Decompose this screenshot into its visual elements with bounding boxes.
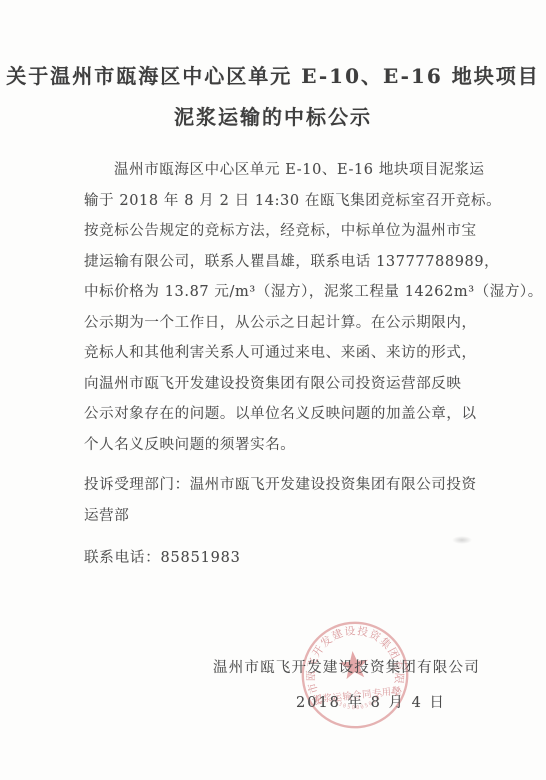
document-page: 关于温州市瓯海区中心区单元 E-10、E-16 地块项目 泥浆运输的中标公示 温… (0, 0, 546, 780)
body-line: 中标价格为 13.87 元/m³（湿方），泥浆工程量 14262m³（湿方）。 (84, 277, 476, 308)
body-line: 个人名义反映问题的须署实名。 (84, 430, 476, 461)
title-line-2: 泥浆运输的中标公示 (0, 97, 546, 138)
contact-phone: 联系电话：85851983 (84, 546, 241, 567)
body-line: 向温州市瓯飞开发建设投资集团有限公司投资运营部反映 (84, 369, 476, 400)
body-line: 公示对象存在的问题。以单位名义反映问题的加盖公章，以 (84, 399, 476, 430)
body-line: 捷运输有限公司，联系人瞿昌雄，联系电话 13777788989， (84, 247, 476, 278)
signature-date: 2018 年 8 月 4 日 (296, 691, 446, 712)
announcement-body: 温州市瓯海区中心区单元 E-10、E-16 地块项目泥浆运 输于 2018 年 … (84, 155, 476, 460)
complaint-line-1: 投诉受理部门：温州市瓯飞开发建设投资集团有限公司投资 (84, 470, 476, 501)
scan-artifact (452, 536, 472, 544)
body-line: 温州市瓯海区中心区单元 E-10、E-16 地块项目泥浆运 (84, 155, 476, 186)
title-line-1: 关于温州市瓯海区中心区单元 E-10、E-16 地块项目 (0, 56, 546, 97)
complaint-line-2: 运营部 (84, 501, 476, 532)
body-line: 输于 2018 年 8 月 2 日 14:30 在瓯飞集团竞标室召开竞标。 (84, 186, 476, 217)
body-line: 公示期为一个工作日，从公示之日起计算。在公示期限内， (84, 308, 476, 339)
document-title: 关于温州市瓯海区中心区单元 E-10、E-16 地块项目 泥浆运输的中标公示 (0, 56, 546, 138)
complaint-department: 投诉受理部门：温州市瓯飞开发建设投资集团有限公司投资 运营部 (84, 470, 476, 531)
signature-company: 温州市瓯飞开发建设投资集团有限公司 (213, 656, 480, 677)
body-line: 竞标人和其他利害关系人可通过来电、来函、来访的形式， (84, 338, 476, 369)
body-line: 按竞标公告规定的竞标方法，经竞标，中标单位为温州市宝 (84, 216, 476, 247)
